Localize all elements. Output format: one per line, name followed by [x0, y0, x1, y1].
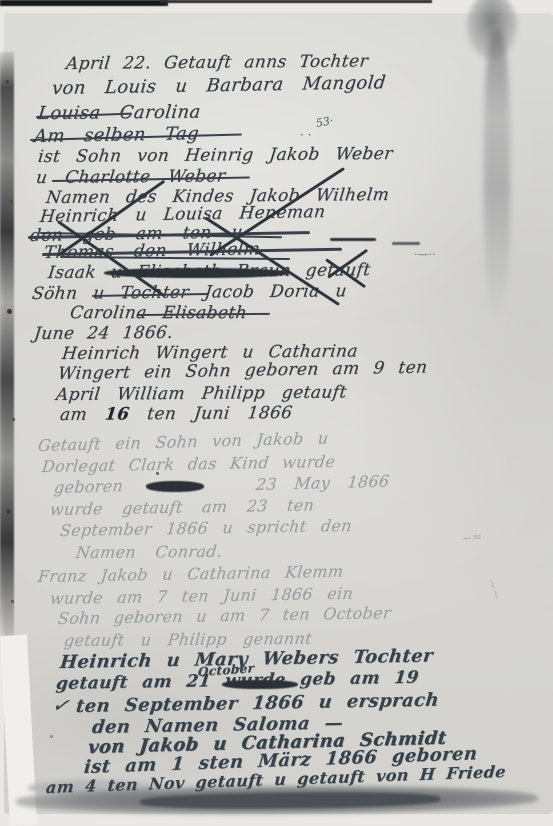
tail-dots: ·—·· [414, 248, 436, 261]
handwritten-line-faint: Namen Conrad. [75, 544, 223, 561]
ink-dash [392, 242, 420, 245]
handwritten-line: am 16 ten Juni 1866 [59, 405, 293, 424]
handwritten-line-faint: 23 May 1866 [255, 473, 390, 493]
scanned-document: April 22. Getauft anns Tochter von Louis… [0, 0, 553, 826]
handwritten-line: June 24 1866. [33, 325, 174, 343]
ink-blot [146, 481, 204, 492]
faint-squiggle: ∼≈ [461, 529, 483, 546]
inserted-word: October [198, 662, 255, 678]
scan-edge-top [0, 0, 168, 6]
line-part: am [59, 405, 106, 425]
bold-day-number: 16 [104, 404, 131, 424]
ink-dash [330, 238, 376, 241]
ink-blot [222, 680, 298, 689]
handwritten-line: April 22. Getauft anns Tochter [65, 53, 369, 73]
ink-blot [104, 268, 290, 278]
handwritten-line: ist Sohn von Heinrig Jakob Weber [37, 146, 394, 166]
handwritten-line: April William Philipp getauft [55, 384, 348, 404]
stray-dots: · · [300, 128, 311, 142]
handwritten-line-faint: wurde getauft am 23 ten [49, 497, 315, 518]
scan-edge-top-thin [160, 0, 432, 3]
handwritten-line-faint: getauft u Philipp genannt [63, 631, 313, 649]
line-part: ten Juni 1866 [128, 403, 293, 424]
handwritten-line-faint: geboren [53, 478, 124, 496]
margin-checkmark: ✓ [50, 692, 71, 718]
